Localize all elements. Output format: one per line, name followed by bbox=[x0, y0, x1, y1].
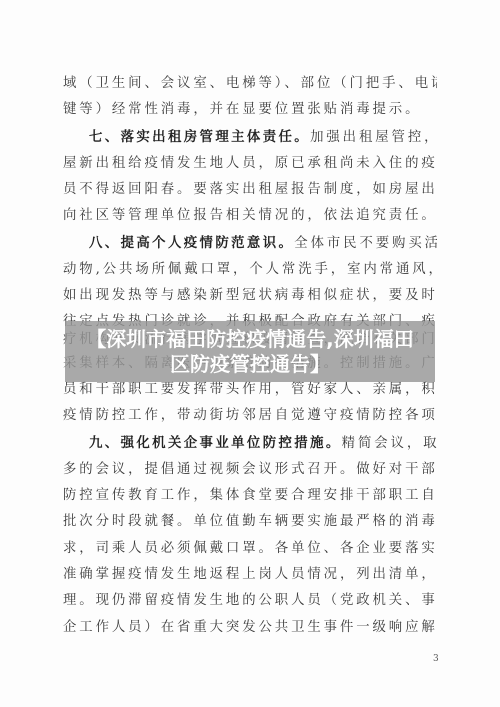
body-line: 如出现发热等与感染新型冠状病毒相似症状，要及时佩戴口罩前 bbox=[63, 287, 437, 305]
section-7-line: 七、落实出租房管理主体责任。加强出租屋管控，暂不将房 bbox=[89, 128, 437, 146]
body-line: 求，司乘人员必须佩戴口罩。各单位、各企业要落实专人跟进， bbox=[63, 540, 437, 558]
title-overlay-banner: 【深圳市福田防控疫情通告,深圳福田区防疫管控通告】 bbox=[65, 321, 435, 382]
body-line: 多的会议，提倡通过视频会议形式召开。做好对干部职工的疫情 bbox=[63, 461, 437, 479]
section-heading: 八、提高个人疫情防范意识。 bbox=[89, 235, 294, 251]
body-line: 屋新出租给疫情发生地人员，原已承租尚未入住的疫情发生地人 bbox=[63, 155, 437, 173]
body-line: 疫情防控工作，带动街坊邻居自觉遵守疫情防控各项规定。 bbox=[63, 407, 437, 425]
body-line: 理。现仍滞留疫情发生地的公职人员（党政机关、事业单位、国 bbox=[63, 592, 437, 610]
overlay-title: 【深圳市福田防控疫情通告,深圳福田区防疫管控通告】 bbox=[80, 327, 420, 377]
section-text: 全体市民不要购买活禽和野生 bbox=[294, 236, 437, 251]
section-text: 加强出租屋管控，暂不将房 bbox=[310, 130, 437, 145]
section-8-line: 八、提高个人疫情防范意识。全体市民不要购买活禽和野生 bbox=[89, 234, 437, 252]
body-line: 批次分时段就餐。单位值勤车辆要实施最严格的消毒和通风要 bbox=[63, 513, 437, 531]
body-line: 动物,公共场所佩戴口罩，个人常洗手，室内常通风，家里常消毒。 bbox=[63, 261, 437, 279]
page-number: 3 bbox=[433, 654, 439, 664]
body-line: 员不得返回阳春。要落实出租屋报告制度，如房屋出租人未及时 bbox=[63, 181, 437, 199]
body-line: 向社区等管理单位报告相关情况的，依法追究责任。 bbox=[63, 207, 437, 225]
section-heading: 七、落实出租房管理主体责任。 bbox=[89, 129, 310, 145]
body-line: 员和干部职工要发挥带头作用，管好家人、亲属，积极主动参与 bbox=[63, 381, 437, 399]
section-heading: 九、强化机关企事业单位防控措施。 bbox=[89, 435, 342, 451]
body-line: 防控宣传教育工作，集体食堂要合理安排干部职工自带餐具并分 bbox=[63, 487, 437, 505]
body-line: 准确掌握疫情发生地返程上岗人员情况，列出清单，实行台账管 bbox=[63, 566, 437, 584]
body-line: 域（卫生间、会议室、电梯等）、部位（门把手、电话、电梯按 bbox=[63, 75, 437, 93]
body-line: 键等）经常性消毒，并在显要位置张贴消毒提示。 bbox=[63, 101, 437, 119]
body-line: 企工作人员）在省重大突发公共卫生事件一级响应解除前不得返 bbox=[63, 619, 437, 637]
section-text: 精简会议，取消人数众 bbox=[342, 436, 437, 451]
section-9-line: 九、强化机关企事业单位防控措施。精简会议，取消人数众 bbox=[89, 434, 437, 452]
